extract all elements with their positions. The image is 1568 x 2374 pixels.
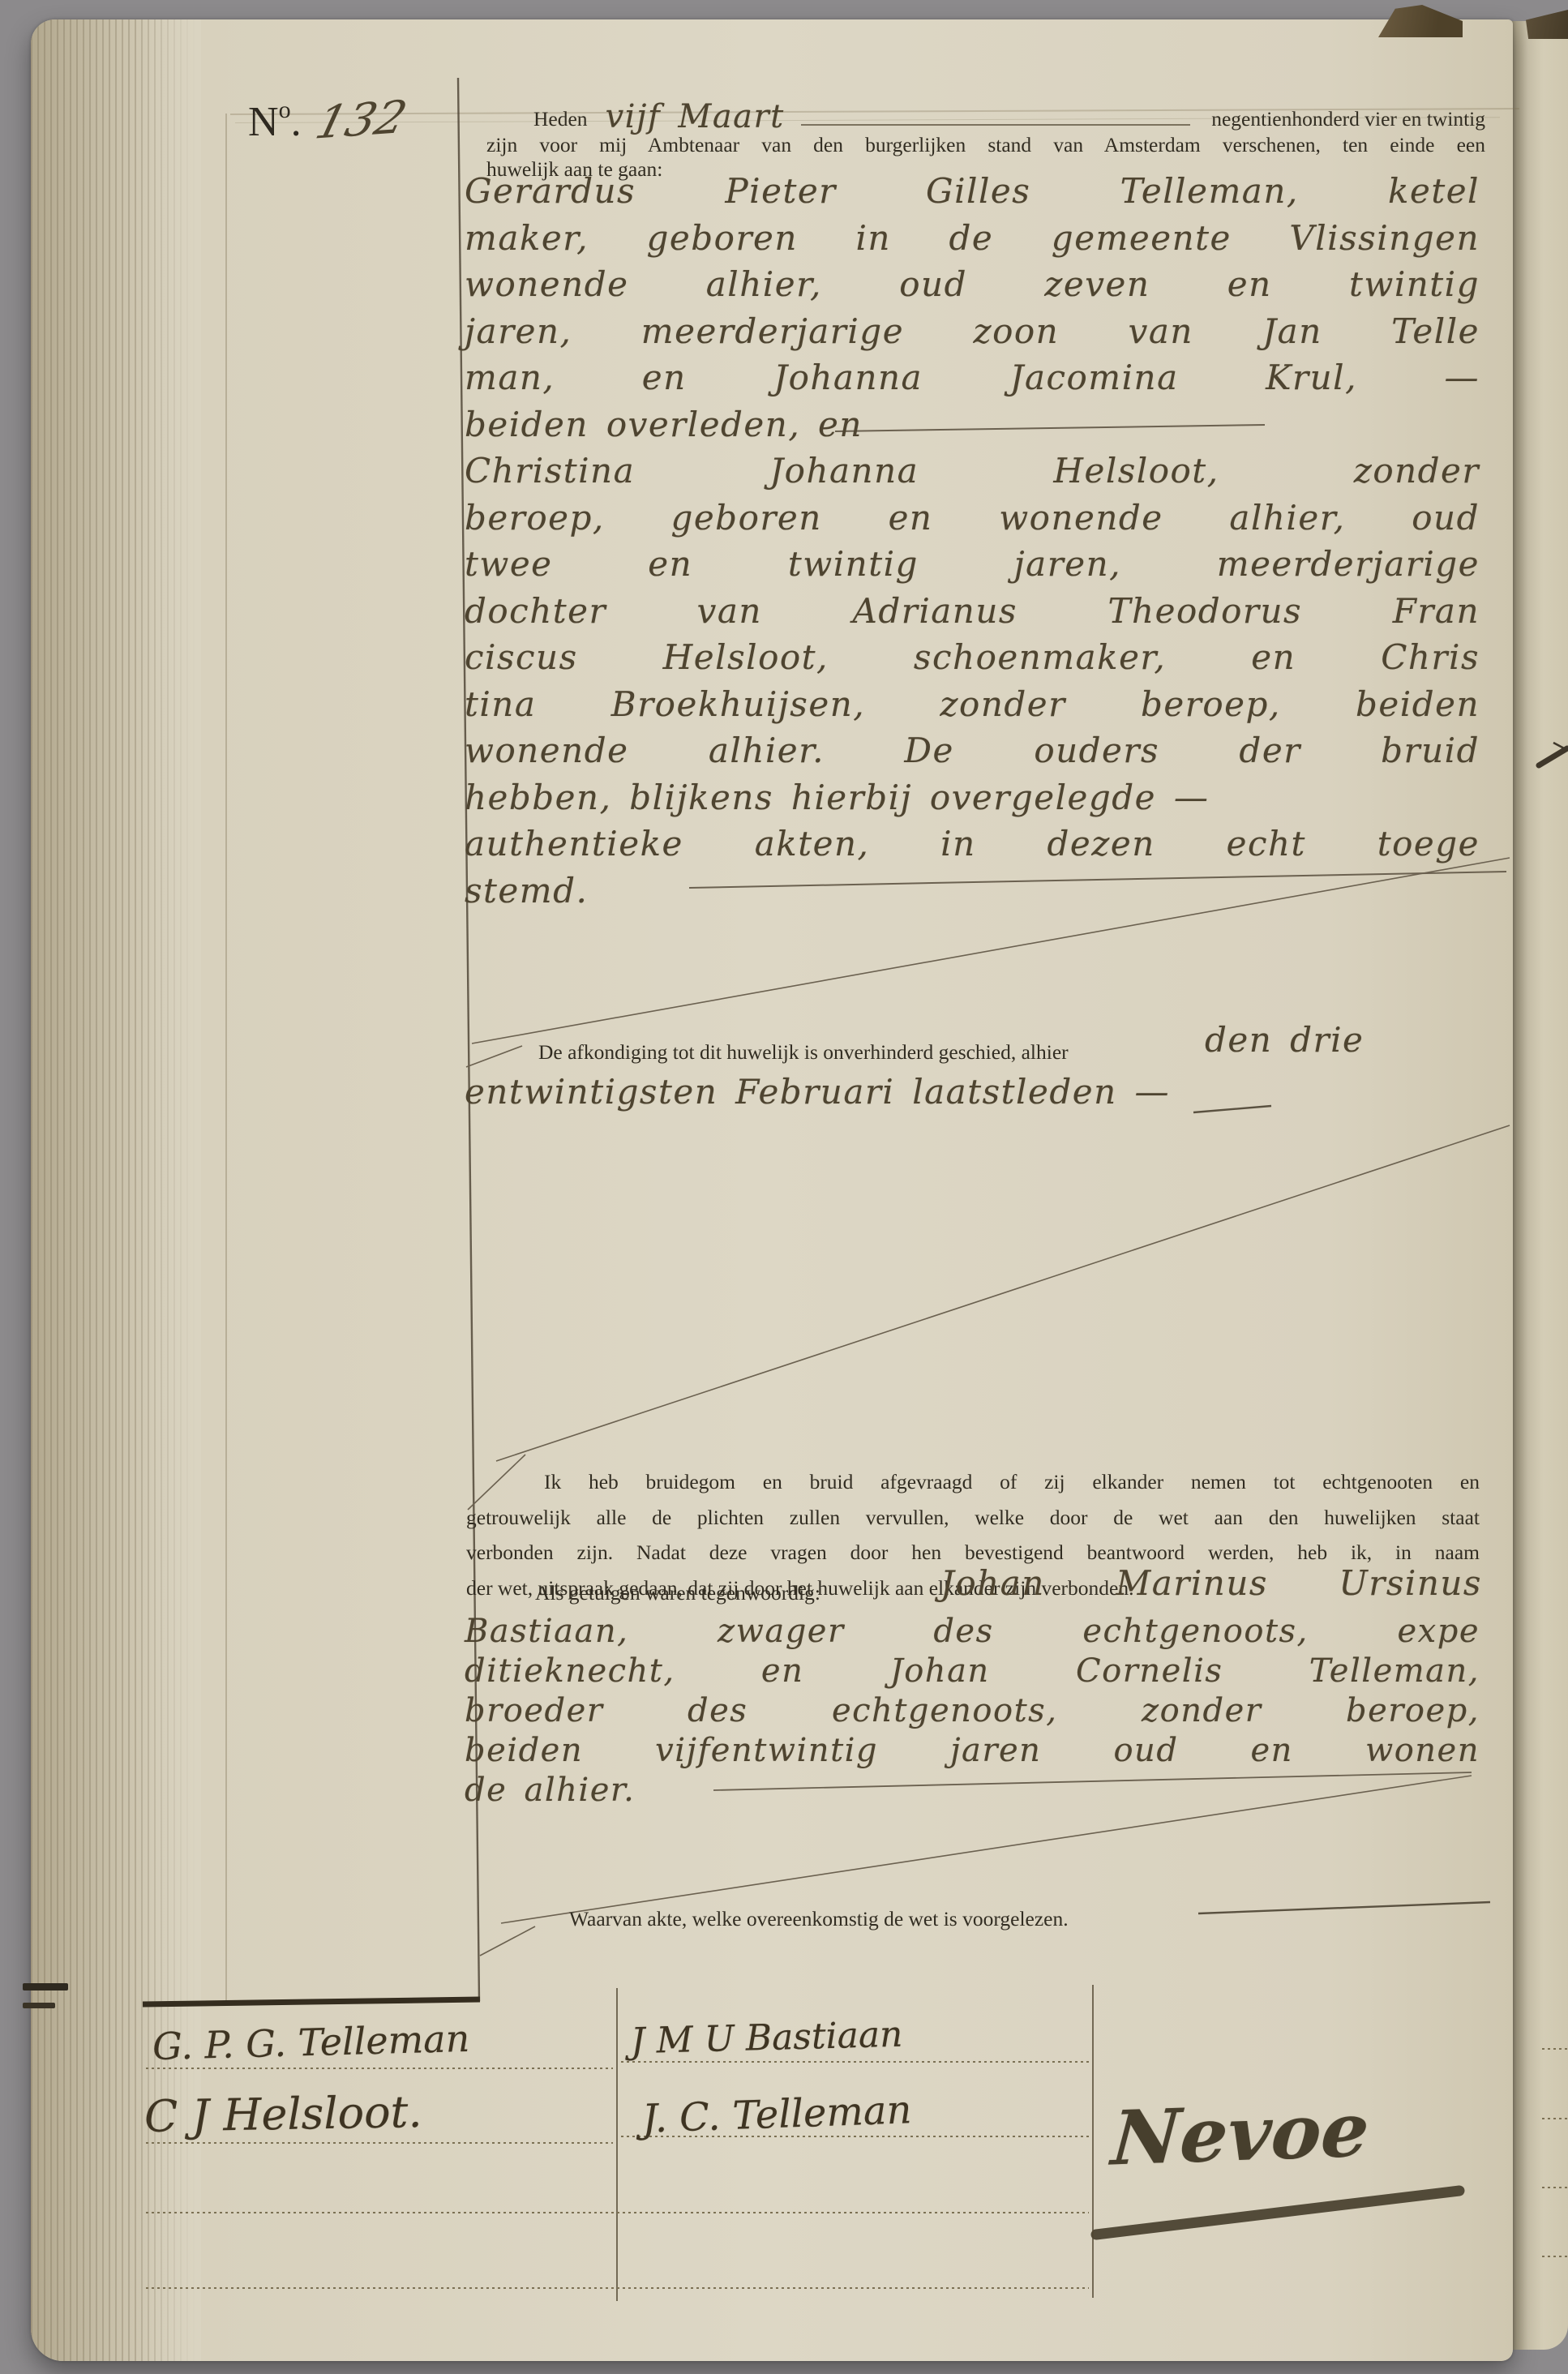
announcement-handwritten-inline: den drie [1205, 1020, 1364, 1060]
handwritten-line: wonende alhier, oud zeven en twintig [465, 261, 1480, 308]
handwritten-line: wonende alhier. De ouders der bruid [465, 727, 1480, 774]
signature-official: Nevoe [1109, 2086, 1373, 2183]
adjacent-page-dotted-fragment [1542, 2187, 1568, 2188]
printed-year: negentienhonderd vier en twintig [1211, 107, 1485, 131]
page-edge-ink-mark [23, 1983, 68, 1990]
signature-column-rule-1 [616, 1988, 618, 2301]
handwritten-line: de alhier. [465, 1771, 1480, 1810]
signature-dotted-line [146, 2212, 1089, 2213]
witnesses-printed-label: Als getuigen waren tegenwoordig: [535, 1581, 820, 1605]
handwritten-line: Bastiaan, zwager des echtgenoots, expe [465, 1612, 1480, 1652]
handwritten-line: authentieke akten, in dezen echt toege [465, 821, 1480, 868]
signature-dotted-line [146, 2068, 613, 2069]
book-page-stack-edges [31, 19, 201, 2361]
handwritten-line: Christina Johanna Helsloot, zonder [465, 448, 1480, 495]
handwritten-line: maker, geboren in de gemeente Vlissingen [465, 215, 1480, 262]
blank-fill-rule [801, 114, 1190, 126]
handwritten-line: tina Broekhuijsen, zonder beroep, beiden [465, 681, 1480, 728]
binding-corner [1526, 10, 1568, 39]
witnesses-handwritten-block: Bastiaan, zwager des echtgenoots, expe d… [465, 1612, 1480, 1810]
inner-sheet-edge-vertical [225, 114, 227, 2003]
handwritten-line: ciscus Helsloot, schoenmaker, en Chris [465, 634, 1480, 681]
adjacent-page-dotted-fragment [1542, 2256, 1568, 2257]
handwritten-line: twee en twintig jaren, meerderjarige [465, 541, 1480, 588]
vows-line: Ik heb bruidegom en bruid afgevraagd of … [466, 1464, 1480, 1500]
bookmark-ribbon [1378, 5, 1463, 37]
number-label-sup: o [279, 96, 291, 123]
signature-bride: C J Helsloot. [144, 2086, 422, 2142]
signature-column-rule-2 [1092, 1985, 1094, 2298]
handwritten-line: jaren, meerderjarige zoon van Jan Telle [465, 308, 1480, 355]
handwritten-line: beiden overleden, en [465, 401, 1480, 448]
closing-printed: Waarvan akte, welke overeenkomstig de we… [569, 1907, 1069, 1931]
handwritten-line: Gerardus Pieter Gilles Telleman, ketel [465, 168, 1480, 215]
handwritten-line: ditieknecht, en Johan Cornelis Telleman, [465, 1652, 1480, 1691]
signature-dotted-line [146, 2142, 613, 2144]
handwritten-date: vijf Maart [606, 101, 785, 133]
handwritten-line: man, en Johanna Jacomina Krul, — [465, 354, 1480, 401]
signature-witness-2: J. C. Telleman [641, 2087, 912, 2142]
adjacent-page-dotted-fragment [1542, 2118, 1568, 2119]
handwritten-line: hebben, blijkens hierbij overgelegde — [465, 774, 1480, 821]
signature-dotted-line [621, 2061, 1089, 2063]
handwritten-line: stemd. [465, 868, 1480, 915]
handwritten-line: beiden vijfentwintig jaren oud en wonen [465, 1731, 1480, 1771]
vows-line: getrouwelijk alle de plichten zullen ver… [466, 1500, 1480, 1536]
announcement-handwritten-line2: entwintigsten Februari laatstleden — [465, 1072, 1170, 1112]
number-label: No. [248, 99, 302, 145]
handwritten-line: dochter van Adrianus Theodorus Fran [465, 588, 1480, 635]
signature-dotted-line [146, 2287, 1089, 2289]
page-edge-ink-mark-2 [23, 2003, 55, 2008]
header-line-1: Heden vijf Maart negentienhonderd vier e… [486, 99, 1485, 133]
parties-handwritten-block: Gerardus Pieter Gilles Telleman, ketel m… [465, 168, 1480, 914]
header-line-2: zijn voor mij Ambtenaar van den burgerli… [486, 133, 1485, 157]
adjacent-page-dotted-fragment [1542, 2048, 1568, 2050]
announcement-printed: De afkondiging tot dit huwelijk is onver… [538, 1040, 1203, 1065]
scanned-marriage-record: { "document": { "no_label": "N", "no_sup… [0, 0, 1568, 2374]
header-intro-word: Heden [533, 107, 588, 131]
witnesses-handwritten-inline: Johan Marinus Ursinus [940, 1563, 1482, 1603]
next-page-edge [1510, 21, 1568, 2350]
number-label-dot: . [291, 99, 302, 145]
act-number-block: No. 132 [248, 94, 404, 147]
handwritten-line: beroep, geboren en wonende alhier, oud [465, 495, 1480, 542]
handwritten-line: broeder des echtgenoots, zonder beroep, [465, 1691, 1480, 1731]
signature-witness-1: J M U Bastiaan [630, 2014, 903, 2063]
act-number: 132 [310, 91, 412, 149]
signature-groom: G. P. G. Telleman [152, 2016, 470, 2068]
